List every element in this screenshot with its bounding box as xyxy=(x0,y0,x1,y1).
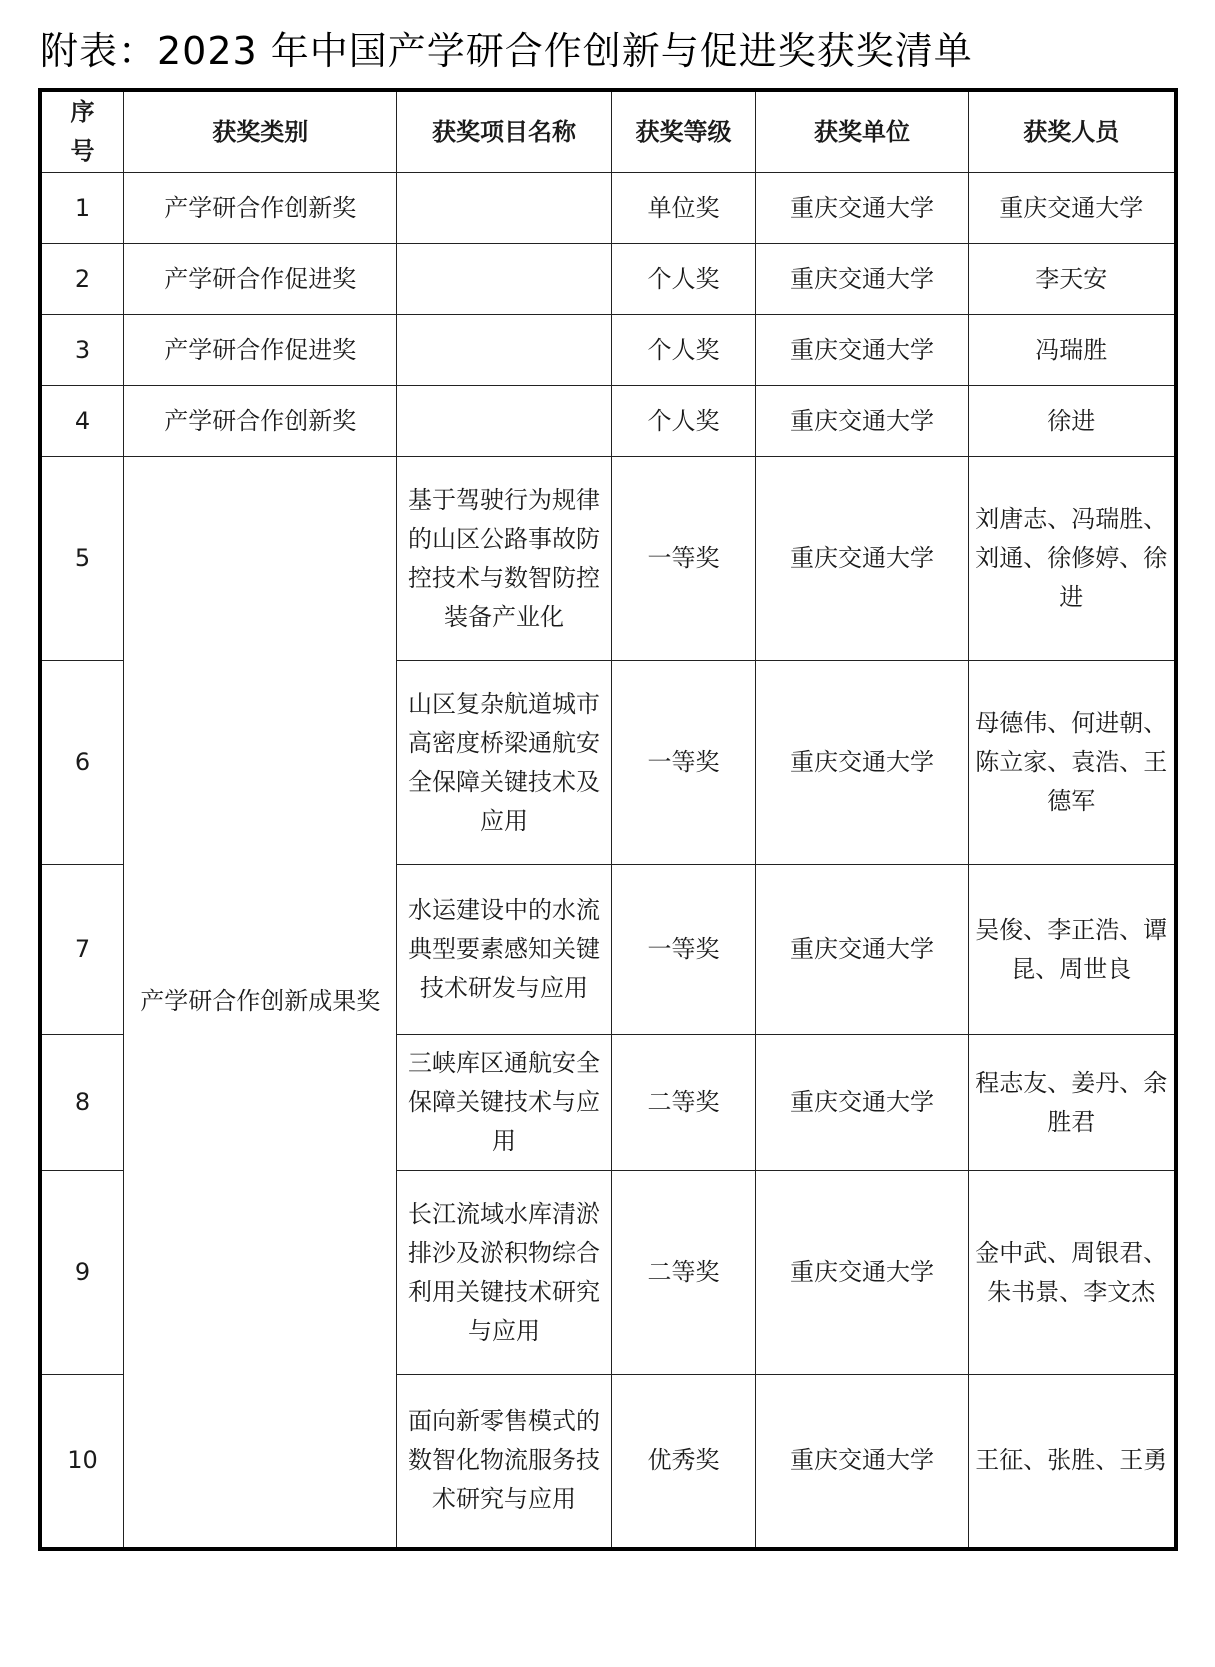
cell-unit: 重庆交通大学 xyxy=(756,315,968,386)
cell-category: 产学研合作促进奖 xyxy=(124,244,397,315)
cell-people: 金中武、周银君、朱书景、李文杰 xyxy=(968,1171,1176,1375)
cell-people: 王征、张胜、王勇 xyxy=(968,1375,1176,1549)
cell-level: 个人奖 xyxy=(611,244,756,315)
cell-people: 李天安 xyxy=(968,244,1176,315)
cell-seq: 10 xyxy=(40,1375,124,1549)
cell-unit: 重庆交通大学 xyxy=(756,457,968,661)
cell-unit: 重庆交通大学 xyxy=(756,661,968,865)
cell-seq: 6 xyxy=(40,661,124,865)
cell-project: 山区复杂航道城市高密度桥梁通航安全保障关键技术及应用 xyxy=(397,661,611,865)
cell-unit: 重庆交通大学 xyxy=(756,865,968,1035)
cell-people: 徐进 xyxy=(968,386,1176,457)
table-row: 1 产学研合作创新奖 单位奖 重庆交通大学 重庆交通大学 xyxy=(40,173,1176,244)
cell-seq: 9 xyxy=(40,1171,124,1375)
cell-unit: 重庆交通大学 xyxy=(756,173,968,244)
cell-category: 产学研合作创新奖 xyxy=(124,173,397,244)
cell-level: 二等奖 xyxy=(611,1035,756,1171)
cell-seq: 1 xyxy=(40,173,124,244)
header-category: 获奖类别 xyxy=(124,90,397,173)
cell-people: 刘唐志、冯瑞胜、刘通、徐修婷、徐进 xyxy=(968,457,1176,661)
table-row: 5 产学研合作创新成果奖 基于驾驶行为规律的山区公路事故防控技术与数智防控装备产… xyxy=(40,457,1176,661)
awards-table: 序号 获奖类别 获奖项目名称 获奖等级 获奖单位 获奖人员 1 产学研合作创新奖… xyxy=(38,88,1178,1551)
cell-unit: 重庆交通大学 xyxy=(756,1035,968,1171)
cell-unit: 重庆交通大学 xyxy=(756,1171,968,1375)
cell-people: 重庆交通大学 xyxy=(968,173,1176,244)
cell-unit: 重庆交通大学 xyxy=(756,1375,968,1549)
header-unit: 获奖单位 xyxy=(756,90,968,173)
cell-category: 产学研合作创新奖 xyxy=(124,386,397,457)
cell-category-merged: 产学研合作创新成果奖 xyxy=(124,457,397,1549)
cell-level: 单位奖 xyxy=(611,173,756,244)
table-row: 2 产学研合作促进奖 个人奖 重庆交通大学 李天安 xyxy=(40,244,1176,315)
cell-level: 一等奖 xyxy=(611,865,756,1035)
cell-project xyxy=(397,386,611,457)
header-project: 获奖项目名称 xyxy=(397,90,611,173)
cell-project: 基于驾驶行为规律的山区公路事故防控技术与数智防控装备产业化 xyxy=(397,457,611,661)
cell-people: 冯瑞胜 xyxy=(968,315,1176,386)
cell-seq: 3 xyxy=(40,315,124,386)
cell-seq: 2 xyxy=(40,244,124,315)
cell-seq: 5 xyxy=(40,457,124,661)
cell-people: 吴俊、李正浩、谭昆、周世良 xyxy=(968,865,1176,1035)
cell-people: 程志友、姜丹、余胜君 xyxy=(968,1035,1176,1171)
cell-level: 一等奖 xyxy=(611,457,756,661)
header-seq: 序号 xyxy=(40,90,124,173)
cell-seq: 8 xyxy=(40,1035,124,1171)
cell-unit: 重庆交通大学 xyxy=(756,386,968,457)
cell-project xyxy=(397,244,611,315)
cell-project: 水运建设中的水流典型要素感知关键技术研发与应用 xyxy=(397,865,611,1035)
cell-level: 二等奖 xyxy=(611,1171,756,1375)
header-level: 获奖等级 xyxy=(611,90,756,173)
table-row: 4 产学研合作创新奖 个人奖 重庆交通大学 徐进 xyxy=(40,386,1176,457)
table-header-row: 序号 获奖类别 获奖项目名称 获奖等级 获奖单位 获奖人员 xyxy=(40,90,1176,173)
table-row: 3 产学研合作促进奖 个人奖 重庆交通大学 冯瑞胜 xyxy=(40,315,1176,386)
header-people: 获奖人员 xyxy=(968,90,1176,173)
cell-project: 长江流域水库清淤排沙及淤积物综合利用关键技术研究与应用 xyxy=(397,1171,611,1375)
cell-unit: 重庆交通大学 xyxy=(756,244,968,315)
cell-level: 个人奖 xyxy=(611,315,756,386)
cell-project xyxy=(397,315,611,386)
cell-level: 一等奖 xyxy=(611,661,756,865)
cell-category: 产学研合作促进奖 xyxy=(124,315,397,386)
cell-project: 三峡库区通航安全保障关键技术与应用 xyxy=(397,1035,611,1171)
document-title: 附表：2023 年中国产学研合作创新与促进奖获奖清单 xyxy=(40,20,973,75)
cell-people: 母德伟、何进朝、陈立家、袁浩、王德军 xyxy=(968,661,1176,865)
cell-seq: 4 xyxy=(40,386,124,457)
cell-level: 优秀奖 xyxy=(611,1375,756,1549)
cell-seq: 7 xyxy=(40,865,124,1035)
cell-level: 个人奖 xyxy=(611,386,756,457)
cell-project: 面向新零售模式的数智化物流服务技术研究与应用 xyxy=(397,1375,611,1549)
cell-project xyxy=(397,173,611,244)
